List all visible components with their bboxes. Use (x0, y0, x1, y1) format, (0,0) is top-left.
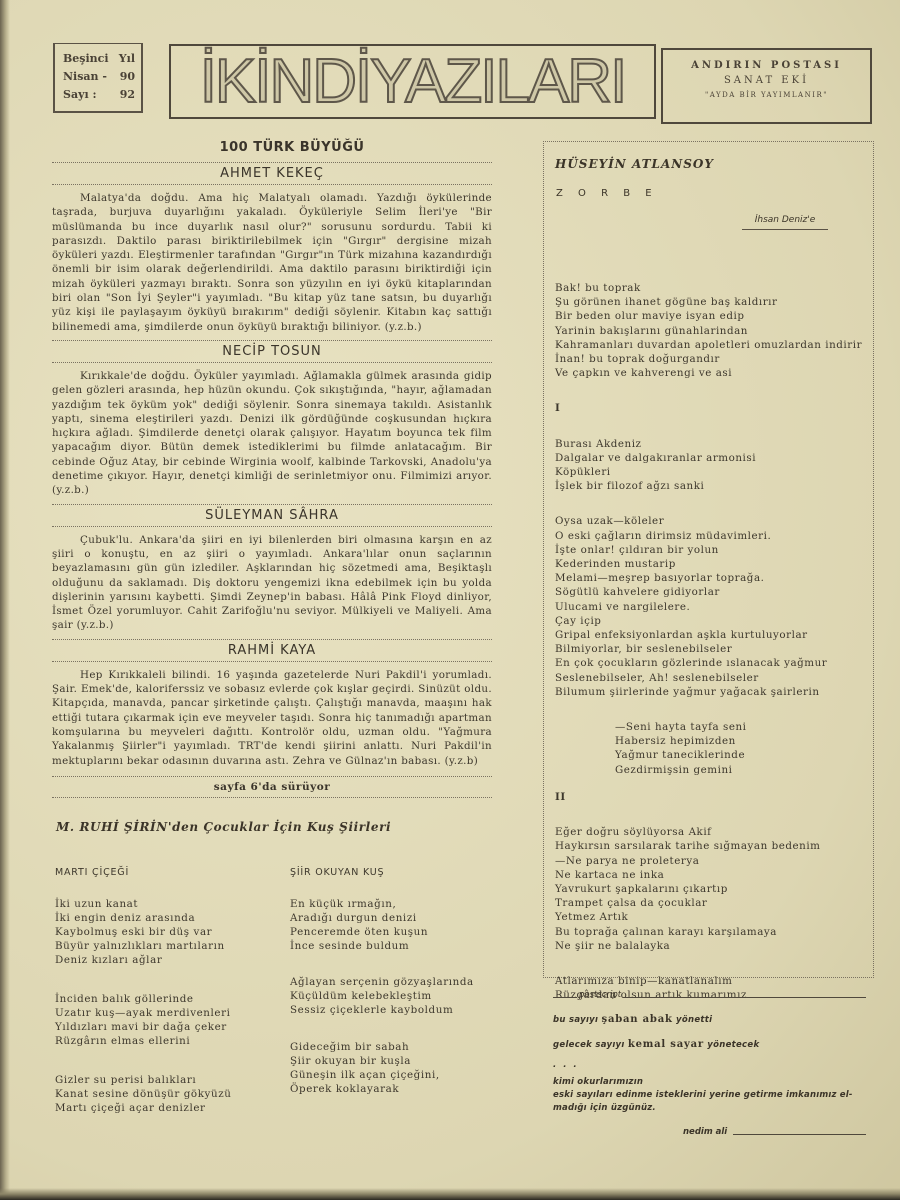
poem-line: Yağmur taneciklerinde (615, 748, 870, 762)
editor-line: bu sayıyı şaban abak yönetti (553, 1014, 866, 1025)
signature: nedim ali (683, 1127, 727, 1137)
poem-line: Kederinden mustarip (555, 557, 870, 571)
poem-line: O eski çağların dirimsiz müdavimleri. (555, 529, 870, 543)
stanza: Burası AkdenizDalgalar ve dalgakıranlar … (555, 437, 870, 494)
poem-line: Eğer doğru söylüyorsa Akif (555, 825, 870, 839)
poem-line: Ve çapkın ve kahverengi ve asi (555, 366, 870, 380)
bio-heading: RAHMİ KAYA (52, 639, 492, 662)
rule (553, 997, 577, 998)
kids-poems-heading: M. RUHİ ŞİRİN'den Çocuklar İçin Kuş Şiir… (56, 820, 391, 834)
poem-line: Küçüldüm kelebekleştim (290, 989, 520, 1003)
ellipsis: . . . (553, 1060, 866, 1070)
poem-line: Melami—meşrep basıyorlar toprağa. (555, 571, 870, 585)
poem-line: Gezdirmişsin gemini (615, 763, 870, 777)
postscript-header: postscript (553, 990, 866, 1000)
poem-line: İki engin deniz arasında (55, 911, 275, 925)
poem-line: Köpükleri (555, 465, 870, 479)
poem-line: Bak! bu toprak (555, 281, 870, 295)
supplement-line-1: ANDIRIN POSTASI (663, 60, 870, 71)
featured-poem-body: Bak! bu toprakŞu görünen ihanet gögüne b… (555, 281, 870, 1023)
poem-line: Haykırsın sarsılarak tarihe sığmayan bed… (555, 839, 870, 853)
issue-info-box: BeşinciYıl Nisan -90 Sayı :92 (53, 43, 143, 113)
poem-line: Öperek koklayarak (290, 1082, 520, 1096)
publication-title: İKİNDİYAZILARI (200, 51, 626, 113)
poem-marti-cicegi: MARTI ÇİÇEĞİ İki uzun kanatİki engin den… (55, 866, 275, 1140)
poem-line: Bilmiyorlar, bir seslenebilseler (555, 642, 870, 656)
poem-line: Trampet çalsa da çocuklar (555, 896, 870, 910)
poem-line: Deniz kızları ağlar (55, 953, 275, 967)
rule (733, 1134, 866, 1135)
poem-dedication: İhsan Deniz'e (742, 215, 828, 230)
stanza: Eğer doğru söylüyorsa AkifHaykırsın sars… (555, 825, 870, 953)
poem-line: Bilumum şiirlerinde yağmur yağacak şairl… (555, 685, 870, 699)
poem-line: Habersiz hepimizden (615, 734, 870, 748)
text: gelecek sayıyı (553, 1040, 625, 1050)
issue-row-number: Sayı :92 (63, 86, 135, 104)
bio-heading: AHMET KEKEÇ (52, 162, 492, 185)
stanza: Ağlayan serçenin gözyaşlarındaKüçüldüm k… (290, 975, 520, 1017)
poem-line: Gripal enfeksiyonlardan aşkla kurtuluyor… (555, 628, 870, 642)
poem-line: Martı çiçeği açar denizler (55, 1101, 275, 1115)
supplement-line-3: "AYDA BİR YAYIMLANIR" (663, 91, 870, 99)
continued-note: sayfa 6'da sürüyor (52, 776, 492, 798)
section-number: II (555, 790, 870, 804)
poem-line: Kahramanları duvardan apoletleri omuzlar… (555, 338, 870, 352)
poem-line: Ulucami ve nargilelere. (555, 600, 870, 614)
poem-line: Atlarımıza binip—kanatlanalım (555, 974, 870, 988)
poem-line: Kanat sesine dönüşür gökyüzü (55, 1087, 275, 1101)
bio-text: Hep Kırıkkaleli bilindi. 16 yaşında gaze… (52, 668, 492, 768)
poem-line: Rüzgârın elmas ellerini (55, 1034, 275, 1048)
poem-line: Sessiz çiçeklerle kayboldum (290, 1003, 520, 1017)
next-editor-name: kemal sayar (628, 1039, 704, 1050)
poem-line: Büyür yalnızlıkları martıların (55, 939, 275, 953)
next-editor-line: gelecek sayıyı kemal sayar yönetecek (553, 1039, 866, 1050)
postscript-section: postscript bu sayıyı şaban abak yönetti … (553, 990, 866, 1137)
poem-line: Yıldızları mavi bir dağa çeker (55, 1020, 275, 1034)
poem-line: İnce sesinde buldum (290, 939, 520, 953)
poem-line: Yavrukurt şapkalarını çıkartıp (555, 882, 870, 896)
text: bu sayıyı (553, 1015, 598, 1025)
issue-row-month: Nisan -90 (63, 68, 135, 86)
poem-line: En çok çocukların gözlerinde ıslanacak y… (555, 656, 870, 670)
masthead-title-box: İKİNDİYAZILARI (169, 44, 656, 119)
poem-line: Ne kartaca ne inka (555, 868, 870, 882)
poem-line: İnan! bu toprak doğurgandır (555, 352, 870, 366)
poem-line: Çay içip (555, 614, 870, 628)
bio-heading: NECİP TOSUN (52, 340, 492, 363)
poem-line: Şiir okuyan bir kuşla (290, 1054, 520, 1068)
page-bottom-shadow (0, 1188, 900, 1200)
poem-line: Burası Akdeniz (555, 437, 870, 451)
issue-row-year: BeşinciYıl (63, 50, 135, 68)
poem-line: Ne şiir ne balalayka (555, 939, 870, 953)
issue-label: Sayı : (63, 86, 97, 104)
poem-line: İnciden balık göllerinde (55, 992, 275, 1006)
bio-text: Çubuk'lu. Ankara'da şiiri en iyi bilenle… (52, 533, 492, 633)
signature-line: nedim ali (553, 1127, 866, 1137)
poem-siir-okuyan-kus: ŞİİR OKUYAN KUŞ En küçük ırmağın,Aradığı… (290, 866, 520, 1121)
issue-label: Nisan - (63, 68, 107, 86)
stanza: Gideceğim bir sabahŞiir okuyan bir kuşla… (290, 1040, 520, 1096)
stanza: Bak! bu toprakŞu görünen ihanet gögüne b… (555, 281, 870, 380)
poet-name: HÜSEYİN ATLANSOY (555, 157, 714, 171)
poem-line: Gideceğim bir sabah (290, 1040, 520, 1054)
reader-note: kimi okurlarımızın eski sayıları edinme … (553, 1076, 866, 1115)
poem-line: Güneşin ilk açan çiçeğini, (290, 1068, 520, 1082)
issue-label: Beşinci (63, 50, 109, 68)
stanza-indented: —Seni hayta tayfa seniHabersiz hepimizde… (555, 720, 870, 777)
poem-line: —Seni hayta tayfa seni (615, 720, 870, 734)
bios-section: 100 TÜRK BÜYÜĞÜ AHMET KEKEÇ Malatya'da d… (52, 140, 492, 798)
rule (623, 997, 866, 998)
poem-line: En küçük ırmağın, (290, 897, 520, 911)
poem-line: Yarinin bakışlarını günahlarindan (555, 324, 870, 338)
stanza: En küçük ırmağın,Aradığı durgun deniziPe… (290, 897, 520, 953)
featured-poem-title: Z O R B E (556, 188, 658, 199)
poem-line: Ağlayan serçenin gözyaşlarında (290, 975, 520, 989)
poem-line: Uzatır kuş—ayak merdivenleri (55, 1006, 275, 1020)
supplement-line-2: SANAT EKİ (663, 75, 870, 86)
text: yönetecek (707, 1040, 759, 1050)
poem-line: Oysa uzak—köleler (555, 514, 870, 528)
poem-line: Kaybolmuş eski bir düş var (55, 925, 275, 939)
poem-line: Dalgalar ve dalgakıranlar armonisi (555, 451, 870, 465)
bio-text: Malatya'da doğdu. Ama hiç Malatyalı olam… (52, 191, 492, 334)
poem-line: Aradığı durgun denizi (290, 911, 520, 925)
poem-line: Bir beden olur maviye isyan edip (555, 309, 870, 323)
poem-line: —Ne parya ne proleterya (555, 854, 870, 868)
issue-value: 90 (120, 68, 135, 86)
editor-name: şaban abak (602, 1014, 673, 1025)
poem-line: İşlek bir filozof ağzı sanki (555, 479, 870, 493)
poem-line: Gizler su perisi balıkları (55, 1073, 275, 1087)
poem-title: MARTI ÇİÇEĞİ (55, 866, 275, 880)
poem-line: Penceremde öten kuşun (290, 925, 520, 939)
text: yönetti (676, 1015, 712, 1025)
bio-heading: SÜLEYMAN SÂHRA (52, 504, 492, 527)
poem-title: ŞİİR OKUYAN KUŞ (290, 866, 520, 880)
bio-text: Kırıkkale'de doğdu. Öyküler yayımladı. A… (52, 369, 492, 498)
series-title: 100 TÜRK BÜYÜĞÜ (92, 140, 492, 155)
stanza: Gizler su perisi balıklarıKanat sesine d… (55, 1073, 275, 1115)
poem-line: Şu görünen ihanet gögüne baş kaldırır (555, 295, 870, 309)
poem-line: İki uzun kanat (55, 897, 275, 911)
postscript-label: postscript (579, 990, 621, 1000)
issue-value: Yıl (119, 50, 135, 68)
stanza: İnciden balık göllerindeUzatır kuş—ayak … (55, 992, 275, 1048)
issue-value: 92 (120, 86, 135, 104)
poem-line: İşte onlar! çıldıran bir yolun (555, 543, 870, 557)
page-edge-shadow (0, 0, 10, 1200)
poem-line: Sögütlü kahvelere gidiyorlar (555, 585, 870, 599)
section-number: I (555, 401, 870, 415)
poem-line: Seslenebilseler, Ah! seslenebilseler (555, 671, 870, 685)
poem-line: Yetmez Artık (555, 910, 870, 924)
poem-line: Bu toprağa çalınan karayı karşılamaya (555, 925, 870, 939)
stanza: Oysa uzak—kölelerO eski çağların dirimsi… (555, 514, 870, 699)
supplement-box: ANDIRIN POSTASI SANAT EKİ "AYDA BİR YAYI… (661, 48, 872, 124)
stanza: İki uzun kanatİki engin deniz arasındaKa… (55, 897, 275, 967)
